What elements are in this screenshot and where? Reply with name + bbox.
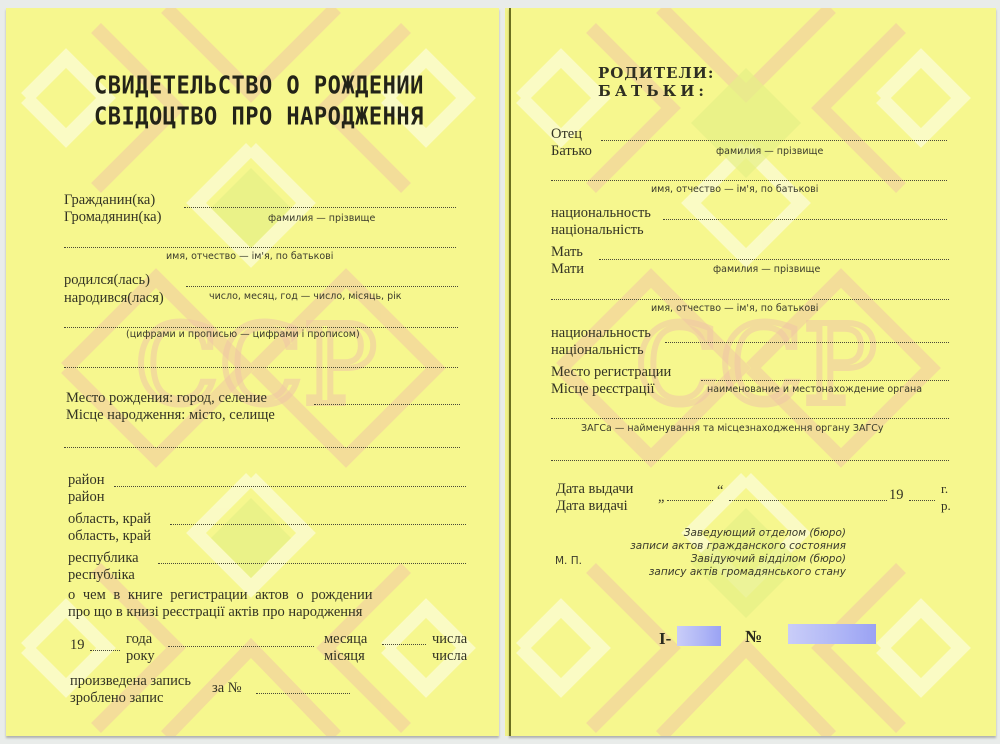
registry-text-uk: про що в книзі реєстрації актів про наро… <box>68 605 362 620</box>
father-label-uk: Батько <box>551 144 592 159</box>
citizen-label-ru: Гражданин(ка) <box>64 193 155 208</box>
record-month-field[interactable] <box>168 646 314 647</box>
mother-surname-hint: фамилия — прізвище <box>713 265 820 275</box>
issue-date-close-quote: “ <box>717 484 723 499</box>
record-month-label-uk: місяця <box>324 649 365 664</box>
father-label-ru: Отец <box>551 127 582 142</box>
issue-year-prefix: 19 <box>889 488 904 503</box>
issue-day-field[interactable] <box>667 500 713 501</box>
registration-line3-field[interactable] <box>551 460 949 461</box>
extra-line-field[interactable] <box>64 367 458 368</box>
serial-series-redaction <box>677 626 721 646</box>
signature-title-line3: Завідуючий відділом (бюро) <box>691 554 846 565</box>
parents-heading-uk: БАТЬКИ: <box>598 84 708 99</box>
record-number-label: за № <box>212 681 242 696</box>
district-label-uk: район <box>68 490 104 505</box>
mother-nationality-label-uk: національність <box>551 343 644 358</box>
record-day-label-uk: числа <box>432 649 467 664</box>
serial-number-label: № <box>745 628 762 645</box>
father-nationality-label-ru: национальность <box>551 206 651 221</box>
record-entry-label-uk: зроблено запис <box>70 691 163 706</box>
birthplace-line2-field[interactable] <box>64 447 460 448</box>
mother-name-hint: имя, отчество — ім'я, по батькові <box>651 304 818 314</box>
region-field[interactable] <box>170 524 466 525</box>
parents-heading-ru: РОДИТЕЛИ: <box>598 66 714 81</box>
left-page: ССР СВИДЕТЕЛЬСТВО О РОЖДЕНИИ СВІДОЦТВО П… <box>6 8 499 736</box>
stamp-label: М. П. <box>555 556 582 567</box>
birth-date-hint: число, месяц, год — число, місяць, рік <box>209 292 402 302</box>
born-label-ru: родился(лась) <box>64 273 150 288</box>
region-label-uk: область, край <box>68 529 151 544</box>
district-label-ru: район <box>68 473 104 488</box>
registration-label-ru: Место регистрации <box>551 365 671 380</box>
birthplace-label-uk: Місце народження: місто, селище <box>66 408 275 423</box>
record-day-field[interactable] <box>382 644 426 645</box>
issue-year-field[interactable] <box>909 500 935 501</box>
birthplace-field[interactable] <box>314 404 460 405</box>
issue-date-label-uk: Дата видачі <box>556 499 628 514</box>
record-day-label-ru: числа <box>432 632 467 647</box>
district-field[interactable] <box>114 486 466 487</box>
signature-title-line1: Заведующий отделом (бюро) <box>684 528 846 539</box>
birthplace-label-ru: Место рождения: город, селение <box>66 391 267 406</box>
record-year-label-ru: года <box>126 632 152 647</box>
father-surname-field[interactable] <box>601 140 947 141</box>
serial-number-redaction <box>788 624 876 644</box>
birth-date-field[interactable] <box>186 286 458 287</box>
registry-text-ru: о чем в книге регистрации актов о рожден… <box>68 588 372 603</box>
title-uk: СВІДОЦТВО ПРО НАРОДЖЕННЯ <box>94 105 424 130</box>
issue-date-open-quote: „ <box>658 490 664 505</box>
father-nationality-label-uk: національність <box>551 223 644 238</box>
father-nationality-field[interactable] <box>663 219 947 220</box>
republic-field[interactable] <box>158 563 466 564</box>
record-month-label-ru: месяца <box>324 632 367 647</box>
republic-label-uk: республіка <box>68 568 135 583</box>
father-surname-hint: фамилия — прізвище <box>716 147 823 157</box>
record-number-field[interactable] <box>256 693 350 694</box>
mother-label-uk: Мати <box>551 262 584 277</box>
birth-date-words-field[interactable] <box>64 327 458 328</box>
registration-field[interactable] <box>701 380 949 381</box>
record-year-prefix: 19 <box>70 638 85 653</box>
mother-nationality-field[interactable] <box>665 342 949 343</box>
mother-name-field[interactable] <box>551 299 949 300</box>
record-year-label-uk: року <box>126 649 155 664</box>
issue-year-suffix-uk: р. <box>941 499 951 512</box>
born-label-uk: народився(лася) <box>64 291 164 306</box>
father-name-field[interactable] <box>551 180 947 181</box>
birth-date-words-hint: (цифрами и прописью — цифрами і прописом… <box>126 330 360 340</box>
mother-label-ru: Мать <box>551 245 583 260</box>
citizen-surname-hint: фамилия — прізвище <box>268 214 375 224</box>
record-entry-label-ru: произведена запись <box>70 674 191 689</box>
registration-hint-uk: ЗАГСа — найменування та місцезнаходження… <box>581 424 884 434</box>
citizen-name-hint: имя, отчество — ім'я, по батькові <box>166 252 333 262</box>
issue-year-suffix-ru: г. <box>941 482 948 495</box>
signature-title-line2: записи актов гражданского состояния <box>630 541 846 552</box>
serial-series-prefix: I- <box>659 630 671 647</box>
registration-hint-ru: наименование и местонахождение органа <box>707 385 922 395</box>
region-label-ru: область, край <box>68 512 151 527</box>
registration-label-uk: Місце реєстрації <box>551 382 655 397</box>
citizen-name-field[interactable] <box>64 247 456 248</box>
record-year-field[interactable] <box>90 650 120 651</box>
citizen-surname-field[interactable] <box>184 207 456 208</box>
issue-month-field[interactable] <box>729 500 887 501</box>
citizen-label-uk: Громадянин(ка) <box>64 210 161 225</box>
mother-nationality-label-ru: национальность <box>551 326 651 341</box>
registration-line2-field[interactable] <box>551 418 949 419</box>
right-page: ССР РОДИТЕЛИ: БАТЬКИ: Отец Батько фамили… <box>509 8 996 736</box>
father-name-hint: имя, отчество — ім'я, по батькові <box>651 185 818 195</box>
signature-title-line4: запису актів громадянського стану <box>649 567 846 578</box>
mother-surname-field[interactable] <box>599 259 949 260</box>
issue-date-label-ru: Дата выдачи <box>556 482 633 497</box>
title-ru: СВИДЕТЕЛЬСТВО О РОЖДЕНИИ <box>94 74 424 99</box>
republic-label-ru: республика <box>68 551 139 566</box>
